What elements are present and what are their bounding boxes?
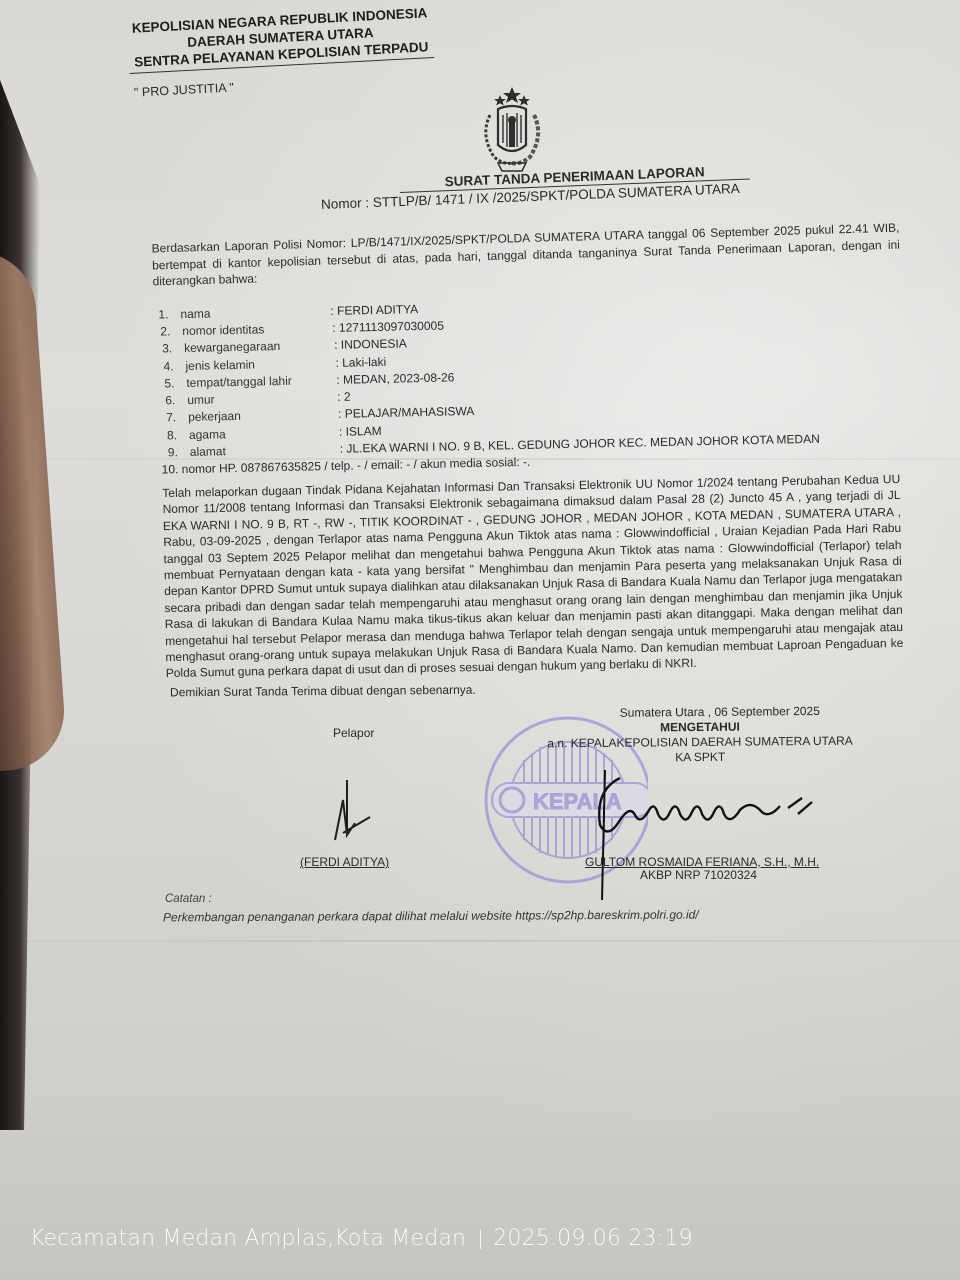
field-num: 5. [164,376,186,390]
note-label: Catatan : [165,893,212,905]
on-behalf-of: a.n. KEPALAKEPOLISIAN DAERAH SUMATERA UT… [540,734,860,752]
photo-datetime: 2025.09.06 23:19 [493,1226,693,1251]
field-value: : Laki-laki [335,354,386,369]
field-num: 3. [162,341,184,355]
field-value: : ISLAM [339,424,382,439]
field-label: nomor identitas [182,321,332,338]
field-value: : 2 [337,390,351,404]
official-name: GULTOM ROSMAIDA FERIANA, S.H., M.H. [585,855,840,869]
field-label: alamat [190,442,340,459]
reporter-name: (FERDI ADITYA) [300,855,389,869]
report-paragraph: Telah melaporkan dugaan Tindak Pidana Ke… [162,471,904,682]
pro-justitia: " PRO JUSTITIA " [134,80,234,99]
field-label: tempat/tanggal lahir [186,373,336,390]
place-date: Sumatera Utara , 06 September 2025 [580,704,860,721]
field-num: 8. [167,428,189,442]
field-label: agama [189,425,339,442]
field-value: : MEDAN, 2023-08-26 [336,370,454,386]
authority-signature-block: Sumatera Utara , 06 September 2025 MENGE… [540,704,861,767]
overlay-separator [480,1229,481,1249]
police-emblem-icon [472,85,552,180]
field-num: 9. [168,445,190,459]
letterhead: KEPOLISIAN NEGARA REPUBLIK INDONESIA DAE… [127,4,434,74]
field-num: 7. [166,410,188,424]
reporter-label: Pelapor [333,726,374,740]
reporter-fields: 1.nama: FERDI ADITYA2.nomor identitas: 1… [158,290,881,478]
field-label: nama [180,304,330,321]
field-label: kewarganegaraan [184,338,334,355]
official-rank: AKBP NRP 71020324 [640,868,757,882]
field-value: : FERDI ADITYA [330,302,418,318]
field-num: 6. [165,393,187,407]
photo-location: Kecamatan Medan Amplas,Kota Medan [30,1226,466,1251]
field-num: 1. [158,307,180,321]
intro-paragraph: Berdasarkan Laporan Polisi Nomor: LP/B/1… [151,220,900,290]
closing-statement: Demikian Surat Tanda Terima dibuat denga… [170,682,476,701]
field-num: 2. [160,324,182,338]
field-label: umur [187,390,337,407]
field-value: : INDONESIA [334,337,407,353]
position-title: KA SPKT [540,749,860,767]
report-document: KEPOLISIAN NEGARA REPUBLIK INDONESIA DAE… [0,0,960,1280]
field-value: : 1271113097030005 [332,319,444,335]
field-num: 4. [163,359,185,373]
note-text: Perkembangan penanganan perkara dapat di… [163,908,699,925]
field-label: jenis kelamin [185,355,335,372]
photo-timestamp-overlay: Kecamatan Medan Amplas,Kota Medan 2025.0… [30,1226,693,1251]
field-value: : PELAJAR/MAHASISWA [338,404,475,421]
field-label: pekerjaan [188,407,338,424]
reporter-signature-icon [325,775,375,845]
